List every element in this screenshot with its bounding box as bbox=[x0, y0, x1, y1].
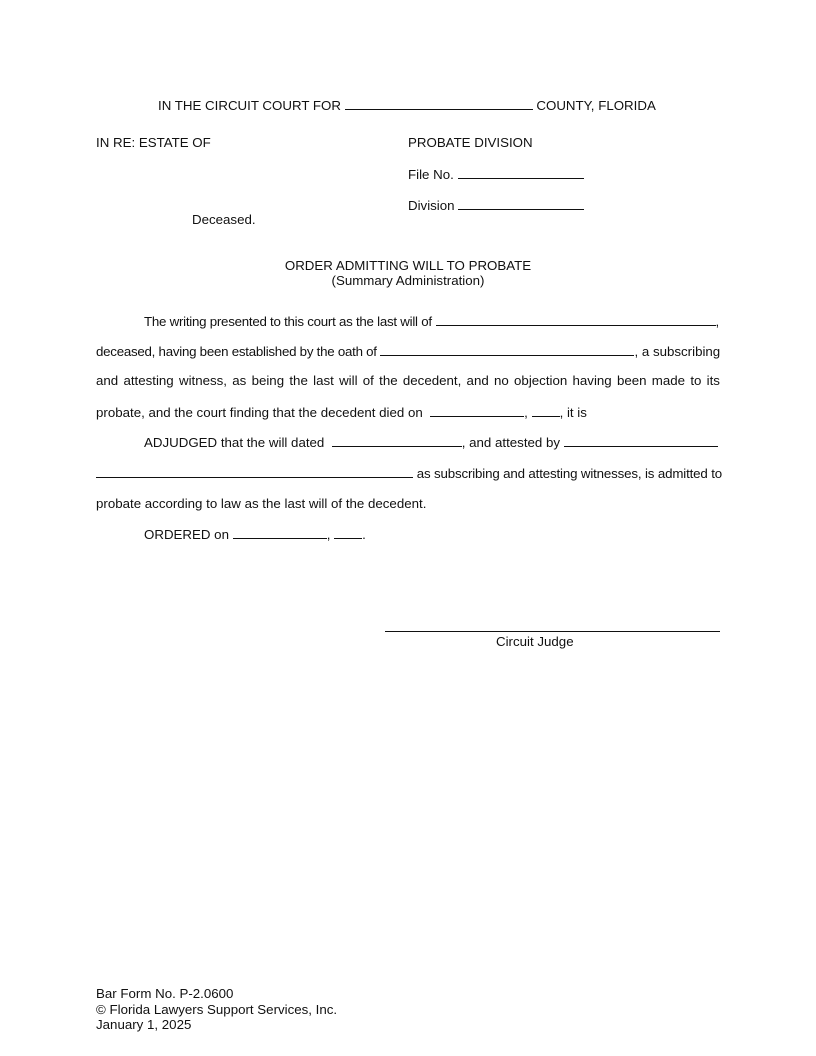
body-line-5: ADJUDGED that the will dated , and attes… bbox=[144, 434, 718, 451]
body-text: ORDERED on bbox=[144, 527, 229, 542]
body-word: the bbox=[289, 373, 308, 389]
judge-signature-line[interactable] bbox=[385, 631, 720, 632]
order-year-blank[interactable] bbox=[334, 526, 362, 539]
body-word: and bbox=[467, 373, 489, 389]
body-word: made bbox=[652, 373, 685, 389]
body-line-7: probate according to law as the last wil… bbox=[96, 496, 426, 512]
body-text: . bbox=[362, 527, 366, 542]
bar-form-number: Bar Form No. P-2.0600 bbox=[96, 986, 337, 1002]
body-word: last bbox=[313, 373, 334, 389]
in-re-estate-of: IN RE: ESTATE OF bbox=[96, 135, 211, 151]
division-label: Division bbox=[408, 198, 455, 213]
body-word: and bbox=[96, 373, 118, 389]
body-text: , a subscribing bbox=[634, 344, 720, 359]
body-text: , bbox=[524, 405, 528, 420]
footer: Bar Form No. P-2.0600 © Florida Lawyers … bbox=[96, 986, 337, 1033]
body-text: as subscribing and attesting witnesses, … bbox=[417, 466, 722, 481]
body-text: , and attested by bbox=[462, 435, 560, 450]
body-word: decedent, bbox=[403, 373, 461, 389]
document-subtitle: (Summary Administration) bbox=[96, 273, 720, 289]
body-word: the bbox=[379, 373, 398, 389]
death-year-blank[interactable] bbox=[532, 404, 560, 417]
body-word: to bbox=[690, 373, 701, 389]
deceased-label: Deceased. bbox=[192, 212, 256, 228]
body-word: objection bbox=[514, 373, 567, 389]
body-word: no bbox=[494, 373, 509, 389]
body-word: being bbox=[252, 373, 285, 389]
copyright-notice: © Florida Lawyers Support Services, Inc. bbox=[96, 1002, 337, 1018]
body-text: , bbox=[716, 314, 720, 329]
testator-name-blank[interactable] bbox=[436, 313, 716, 326]
will-date-blank[interactable] bbox=[332, 434, 462, 447]
probate-division-title: PROBATE DIVISION bbox=[408, 135, 533, 151]
body-word: attesting bbox=[123, 373, 173, 389]
body-text: , bbox=[327, 527, 331, 542]
body-text: deceased, having been established by the… bbox=[96, 344, 377, 359]
ordered-line: ORDERED on , . bbox=[144, 526, 366, 543]
document-title: ORDER ADMITTING WILL TO PROBATE bbox=[96, 258, 720, 274]
body-word: will bbox=[339, 373, 357, 389]
body-line-4: probate, and the court finding that the … bbox=[96, 404, 587, 421]
body-word: witness, bbox=[179, 373, 227, 389]
witnesses-names-blank[interactable] bbox=[96, 465, 413, 478]
file-no-label: File No. bbox=[408, 167, 454, 182]
form-date: January 1, 2025 bbox=[96, 1017, 337, 1033]
body-word: as bbox=[232, 373, 246, 389]
court-header-prefix: IN THE CIRCUIT COURT FOR bbox=[158, 98, 341, 113]
court-header: IN THE CIRCUIT COURT FOR COUNTY, FLORIDA bbox=[158, 97, 656, 114]
circuit-judge-label: Circuit Judge bbox=[496, 634, 574, 650]
county-blank[interactable] bbox=[345, 97, 533, 110]
body-word: been bbox=[617, 373, 647, 389]
body-word: its bbox=[707, 373, 720, 389]
body-line-2: deceased, having been established by the… bbox=[96, 343, 720, 360]
file-no-blank[interactable] bbox=[458, 166, 584, 179]
body-line-3: andattestingwitness,asbeingthelastwillof… bbox=[96, 373, 720, 389]
division-blank[interactable] bbox=[458, 197, 584, 210]
witness-name-blank[interactable] bbox=[380, 343, 634, 356]
body-word: having bbox=[573, 373, 612, 389]
attested-by-blank[interactable] bbox=[564, 434, 718, 447]
body-text: The writing presented to this court as t… bbox=[144, 314, 432, 329]
file-no-row: File No. bbox=[408, 166, 584, 183]
death-date-blank[interactable] bbox=[430, 404, 524, 417]
court-header-suffix: COUNTY, FLORIDA bbox=[536, 98, 655, 113]
body-text: , it is bbox=[560, 405, 587, 420]
body-text: ADJUDGED that the will dated bbox=[144, 435, 324, 450]
body-word: of bbox=[363, 373, 374, 389]
body-line-1: The writing presented to this court as t… bbox=[144, 313, 719, 330]
body-text: probate, and the court finding that the … bbox=[96, 405, 423, 420]
body-line-6: as subscribing and attesting witnesses, … bbox=[96, 465, 722, 482]
order-date-blank[interactable] bbox=[233, 526, 327, 539]
division-row: Division bbox=[408, 197, 584, 214]
